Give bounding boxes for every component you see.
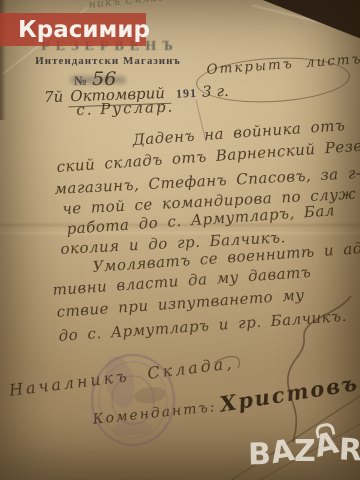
watermark-letter: A <box>269 436 297 469</box>
watermark-letter: B <box>248 440 271 470</box>
place-line: с. Руслар. <box>76 98 175 119</box>
letterhead-line2: Интендантски Магазинъ <box>26 55 190 67</box>
bazar-watermark: B A Z A R <box>247 433 360 471</box>
seller-name-label: Красимир <box>18 17 150 43</box>
date-printed-year: 191 <box>176 86 197 101</box>
seller-name-overlay: Красимир <box>0 13 146 46</box>
watermark-letter: R <box>338 435 360 466</box>
date-day: 7й <box>44 88 64 107</box>
listing-photo[interactable]: никъ Склада-Камендантъ РЕЗЕРВЕНЪ Интенда… <box>0 0 360 480</box>
